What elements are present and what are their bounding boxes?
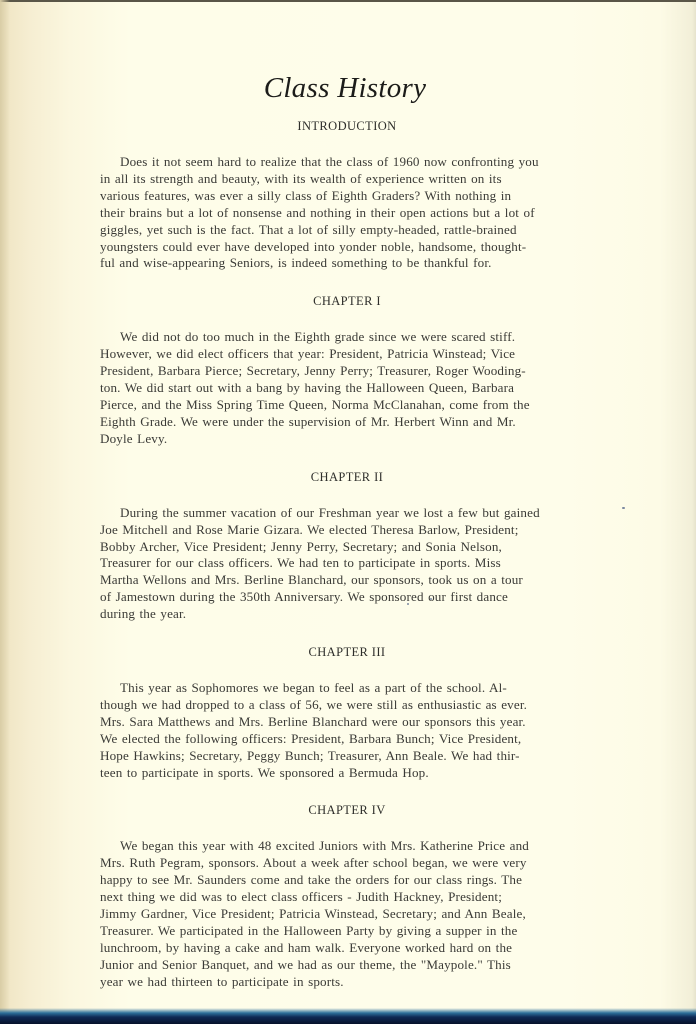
scan-speck xyxy=(407,603,409,605)
text-line: Does it not seem hard to realize that th… xyxy=(100,154,560,171)
section-paragraph: We began this year with 48 excited Junio… xyxy=(100,838,560,990)
text-line: in all its strength and beauty, with its… xyxy=(100,171,560,188)
text-line: Jimmy Gardner, Vice President; Patricia … xyxy=(100,906,560,923)
section-heading: CHAPTER II xyxy=(134,470,560,485)
section-heading: INTRODUCTION xyxy=(134,119,560,134)
text-line: We began this year with 48 excited Junio… xyxy=(100,838,560,855)
text-line: This year as Sophomores we began to feel… xyxy=(100,680,560,697)
section-introduction: INTRODUCTION Does it not seem hard to re… xyxy=(100,119,560,272)
text-line: ton. We did start out with a bang by hav… xyxy=(100,380,560,397)
document-body: Class History INTRODUCTION Does it not s… xyxy=(100,72,560,1013)
section-paragraph: We did not do too much in the Eighth gra… xyxy=(100,329,560,447)
text-line: However, we did elect officers that year… xyxy=(100,346,560,363)
text-line: We elected the following officers: Presi… xyxy=(100,731,560,748)
text-line: Mrs. Ruth Pegram, sponsors. About a week… xyxy=(100,855,560,872)
page-bottom-edge xyxy=(0,1008,696,1024)
section-paragraph: During the summer vacation of our Freshm… xyxy=(100,505,560,623)
text-line: Eighth Grade. We were under the supervis… xyxy=(100,414,560,431)
section-heading: CHAPTER I xyxy=(134,294,560,309)
section-chapter-4: CHAPTER IV We began this year with 48 ex… xyxy=(100,803,560,990)
section-chapter-1: CHAPTER I We did not do too much in the … xyxy=(100,294,560,447)
page-gutter-shadow xyxy=(0,0,10,1024)
text-line: happy to see Mr. Saunders come and take … xyxy=(100,872,560,889)
text-line: various features, was ever a silly class… xyxy=(100,188,560,205)
section-paragraph: This year as Sophomores we began to feel… xyxy=(100,680,560,781)
section-paragraph: Does it not seem hard to realize that th… xyxy=(100,154,560,272)
text-line: Junior and Senior Banquet, and we had as… xyxy=(100,957,560,974)
text-line: Pierce, and the Miss Spring Time Queen, … xyxy=(100,397,560,414)
text-line: Doyle Levy. xyxy=(100,431,560,448)
scan-speck xyxy=(622,507,625,509)
text-line: though we had dropped to a class of 56, … xyxy=(100,697,560,714)
text-line: of Jamestown during the 350th Anniversar… xyxy=(100,589,560,606)
text-line: year we had thirteen to participate in s… xyxy=(100,974,560,991)
text-line: next thing we did was to elect class off… xyxy=(100,889,560,906)
section-heading: CHAPTER IV xyxy=(134,803,560,818)
page-title: Class History xyxy=(130,72,560,105)
section-chapter-3: CHAPTER III This year as Sophomores we b… xyxy=(100,645,560,781)
text-line: lunchroom, by having a cake and ham walk… xyxy=(100,940,560,957)
section-heading: CHAPTER III xyxy=(134,645,560,660)
text-line: Martha Wellons and Mrs. Berline Blanchar… xyxy=(100,572,560,589)
text-line: Treasurer for our class officers. We had… xyxy=(100,555,560,572)
section-chapter-2: CHAPTER II During the summer vacation of… xyxy=(100,470,560,623)
text-line: Treasurer. We participated in the Hallow… xyxy=(100,923,560,940)
text-line: President, Barbara Pierce; Secretary, Je… xyxy=(100,363,560,380)
text-line: during the year. xyxy=(100,606,560,623)
text-line: During the summer vacation of our Freshm… xyxy=(100,505,560,522)
text-line: giggles, yet such is the fact. That a lo… xyxy=(100,222,560,239)
text-line: Bobby Archer, Vice President; Jenny Perr… xyxy=(100,539,560,556)
text-line: We did not do too much in the Eighth gra… xyxy=(100,329,560,346)
scan-speck xyxy=(430,598,432,600)
text-line: Hope Hawkins; Secretary, Peggy Bunch; Tr… xyxy=(100,748,560,765)
text-line: their brains but a lot of nonsense and n… xyxy=(100,205,560,222)
text-line: youngsters could ever have developed int… xyxy=(100,239,560,256)
text-line: ful and wise-appearing Seniors, is indee… xyxy=(100,255,560,272)
text-line: teen to participate in sports. We sponso… xyxy=(100,765,560,782)
scanned-page: Class History INTRODUCTION Does it not s… xyxy=(0,0,696,1024)
text-line: Joe Mitchell and Rose Marie Gizara. We e… xyxy=(100,522,560,539)
text-line: Mrs. Sara Matthews and Mrs. Berline Blan… xyxy=(100,714,560,731)
